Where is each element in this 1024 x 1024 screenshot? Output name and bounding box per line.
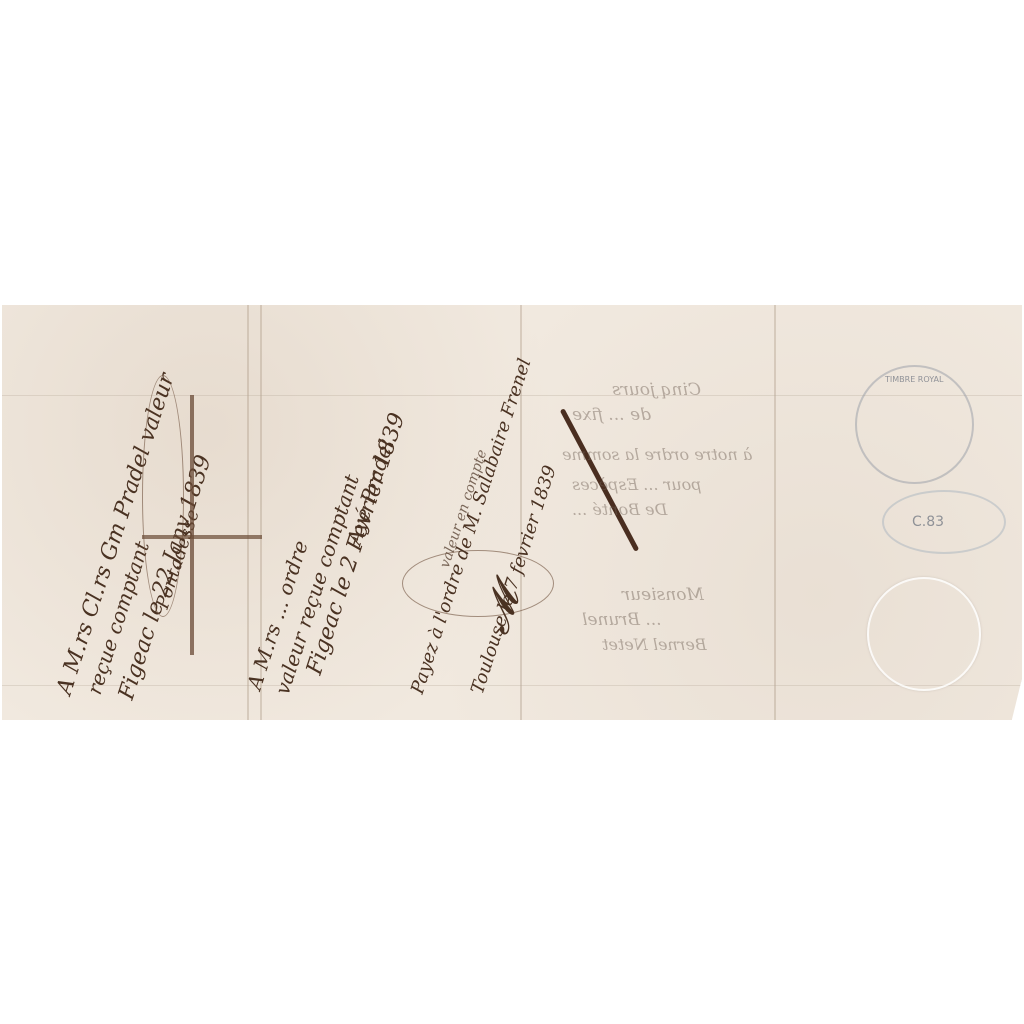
reverse-text: de ... fixe	[572, 405, 651, 425]
reverse-text: Monsieur	[622, 585, 704, 605]
reverse-text: Cinq jours	[612, 380, 701, 400]
payment-order: Payez à l'ordre de M. Salabaire Frenel	[407, 356, 536, 697]
cross-stroke	[190, 395, 194, 655]
reverse-text: pour ... Espèces	[572, 475, 702, 494]
fold-line	[774, 305, 776, 720]
reverse-text: Bernel Netet	[602, 635, 707, 654]
reverse-text: à notre ordre la somme	[562, 445, 752, 464]
document-sheet: A M.rs Cl.rs Gm Pradel valeur reçue comp…	[2, 305, 1022, 720]
reverse-text: De Bonté ...	[572, 500, 667, 519]
crease	[2, 685, 1022, 686]
tax-stamp: TIMBRE ROYAL	[855, 365, 974, 484]
embossed-seal	[867, 577, 981, 691]
cross-stroke	[142, 535, 262, 539]
fold-line	[247, 305, 249, 720]
number-stamp: C.83	[882, 490, 1006, 554]
reverse-text: ... Brunel	[582, 610, 662, 630]
